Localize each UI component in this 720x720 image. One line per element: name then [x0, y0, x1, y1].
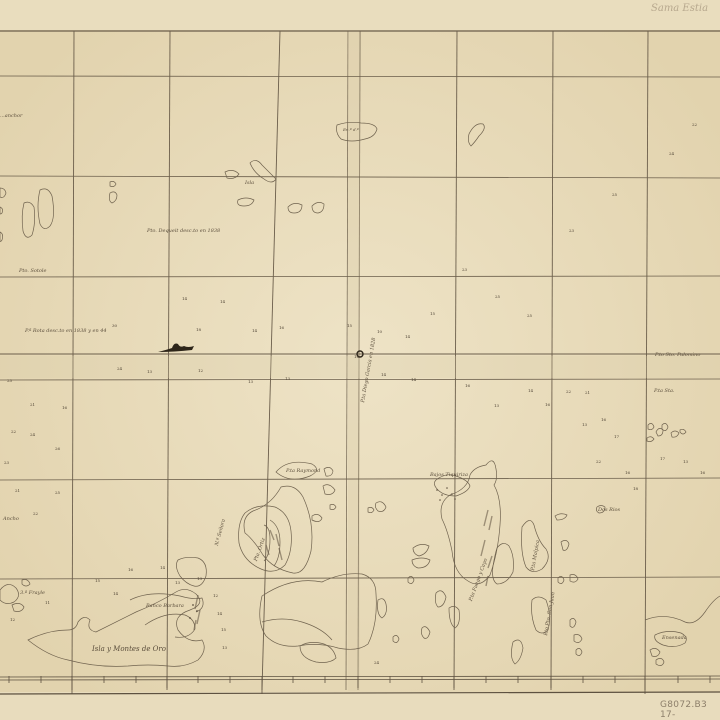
depth-sounding: 15 — [430, 311, 435, 316]
map-label: En.ª d.ª — [343, 127, 359, 132]
depth-sounding: 13 — [248, 379, 253, 384]
depth-sounding: 24 — [669, 151, 674, 156]
map-label: Pto. Sotole — [19, 268, 47, 274]
depth-sounding: 15 — [95, 578, 100, 583]
depth-sounding: 14 — [405, 334, 410, 339]
map-label: 3.ª Frayle — [20, 590, 45, 596]
map-label: Pto. Dequeit desc.to en 1838 — [147, 228, 220, 234]
depth-sounding: 16 — [700, 470, 705, 475]
depth-sounding: 10 — [377, 329, 382, 334]
depth-sounding: 24 — [30, 432, 35, 437]
depth-sounding: 23 — [569, 228, 574, 233]
depth-sounding: 16 — [625, 470, 630, 475]
depth-sounding: 25 — [7, 378, 12, 383]
map-label: Bajos Tiquiriza — [430, 472, 468, 478]
catalog-number: G8072.B3 17- — [660, 700, 720, 720]
depth-sounding: 13 — [494, 403, 499, 408]
depth-sounding: 21 — [15, 488, 20, 493]
depth-sounding: 22 — [11, 429, 16, 434]
depth-sounding: 18 — [196, 327, 201, 332]
depth-sounding: 14 — [220, 299, 225, 304]
depth-sounding: 14 — [217, 611, 222, 616]
map-label: Dos Rios — [598, 507, 620, 513]
map-label: P.ta Raymond — [286, 468, 320, 474]
depth-sounding: 16 — [354, 354, 359, 359]
chart-linework — [0, 0, 720, 720]
depth-sounding: 16 — [601, 417, 606, 422]
map-label: Isla y Montes de Oro — [92, 645, 166, 653]
depth-sounding: 13 — [683, 459, 688, 464]
depth-sounding: 25 — [55, 490, 60, 495]
depth-sounding: 13 — [197, 576, 202, 581]
depth-sounding: 24 — [117, 366, 122, 371]
depth-sounding: 14 — [252, 328, 257, 333]
depth-sounding: 25 — [612, 192, 617, 197]
depth-sounding: 12 — [198, 368, 203, 373]
map-label: P.to Sto. Palomino — [655, 352, 700, 358]
depth-sounding: 12 — [10, 617, 15, 622]
depth-sounding: 14 — [113, 591, 118, 596]
depth-sounding: 14 — [182, 296, 187, 301]
map-label: Ancho — [3, 516, 19, 522]
depth-sounding: 16 — [128, 567, 133, 572]
depth-sounding: 13 — [222, 645, 227, 650]
map-label: Ensenada — [662, 635, 687, 641]
depth-sounding: 16 — [465, 383, 470, 388]
historical-nautical-chart: ...anchor En.ª d.ª Isla Pto. Dequeit des… — [0, 0, 720, 720]
depth-sounding: 22 — [566, 389, 571, 394]
map-label: Banco Barbara — [146, 603, 184, 609]
map-label: P.ta Sta. — [654, 388, 675, 394]
depth-sounding: 23 — [4, 460, 9, 465]
map-label: P.ª Rota desc.to en 1838 y en 44 — [25, 328, 107, 334]
map-label: Isla — [245, 180, 254, 186]
depth-sounding: 14 — [160, 565, 165, 570]
depth-sounding: 15 — [221, 627, 226, 632]
depth-sounding: 14 — [381, 372, 386, 377]
depth-sounding: 26 — [55, 446, 60, 451]
depth-sounding: 15 — [347, 323, 352, 328]
depth-sounding: 14 — [411, 377, 416, 382]
map-label: ...anchor — [0, 113, 22, 119]
depth-sounding: 13 — [147, 369, 152, 374]
depth-sounding: 21 — [30, 402, 35, 407]
depth-sounding: 13 — [582, 422, 587, 427]
depth-sounding: 18 — [633, 486, 638, 491]
depth-sounding: 22 — [596, 459, 601, 464]
depth-sounding: 22 — [692, 122, 697, 127]
depth-sounding: 25 — [527, 313, 532, 318]
depth-sounding: 17 — [660, 456, 665, 461]
depth-sounding: 13 — [175, 580, 180, 585]
depth-sounding: 13 — [285, 376, 290, 381]
depth-sounding: 17 — [614, 434, 619, 439]
depth-sounding: 12 — [213, 593, 218, 598]
depth-sounding: 22 — [33, 511, 38, 516]
depth-sounding: 16 — [62, 405, 67, 410]
depth-sounding: 25 — [495, 294, 500, 299]
depth-sounding: 14 — [528, 388, 533, 393]
handwritten-annotation: Sama Estia — [651, 3, 708, 14]
depth-sounding: 21 — [585, 390, 590, 395]
depth-sounding: 16 — [545, 402, 550, 407]
depth-sounding: 11 — [45, 600, 50, 605]
depth-sounding: 30 — [112, 323, 117, 328]
depth-sounding: 16 — [279, 325, 284, 330]
depth-sounding: 24 — [374, 660, 379, 665]
depth-sounding: 23 — [462, 267, 467, 272]
